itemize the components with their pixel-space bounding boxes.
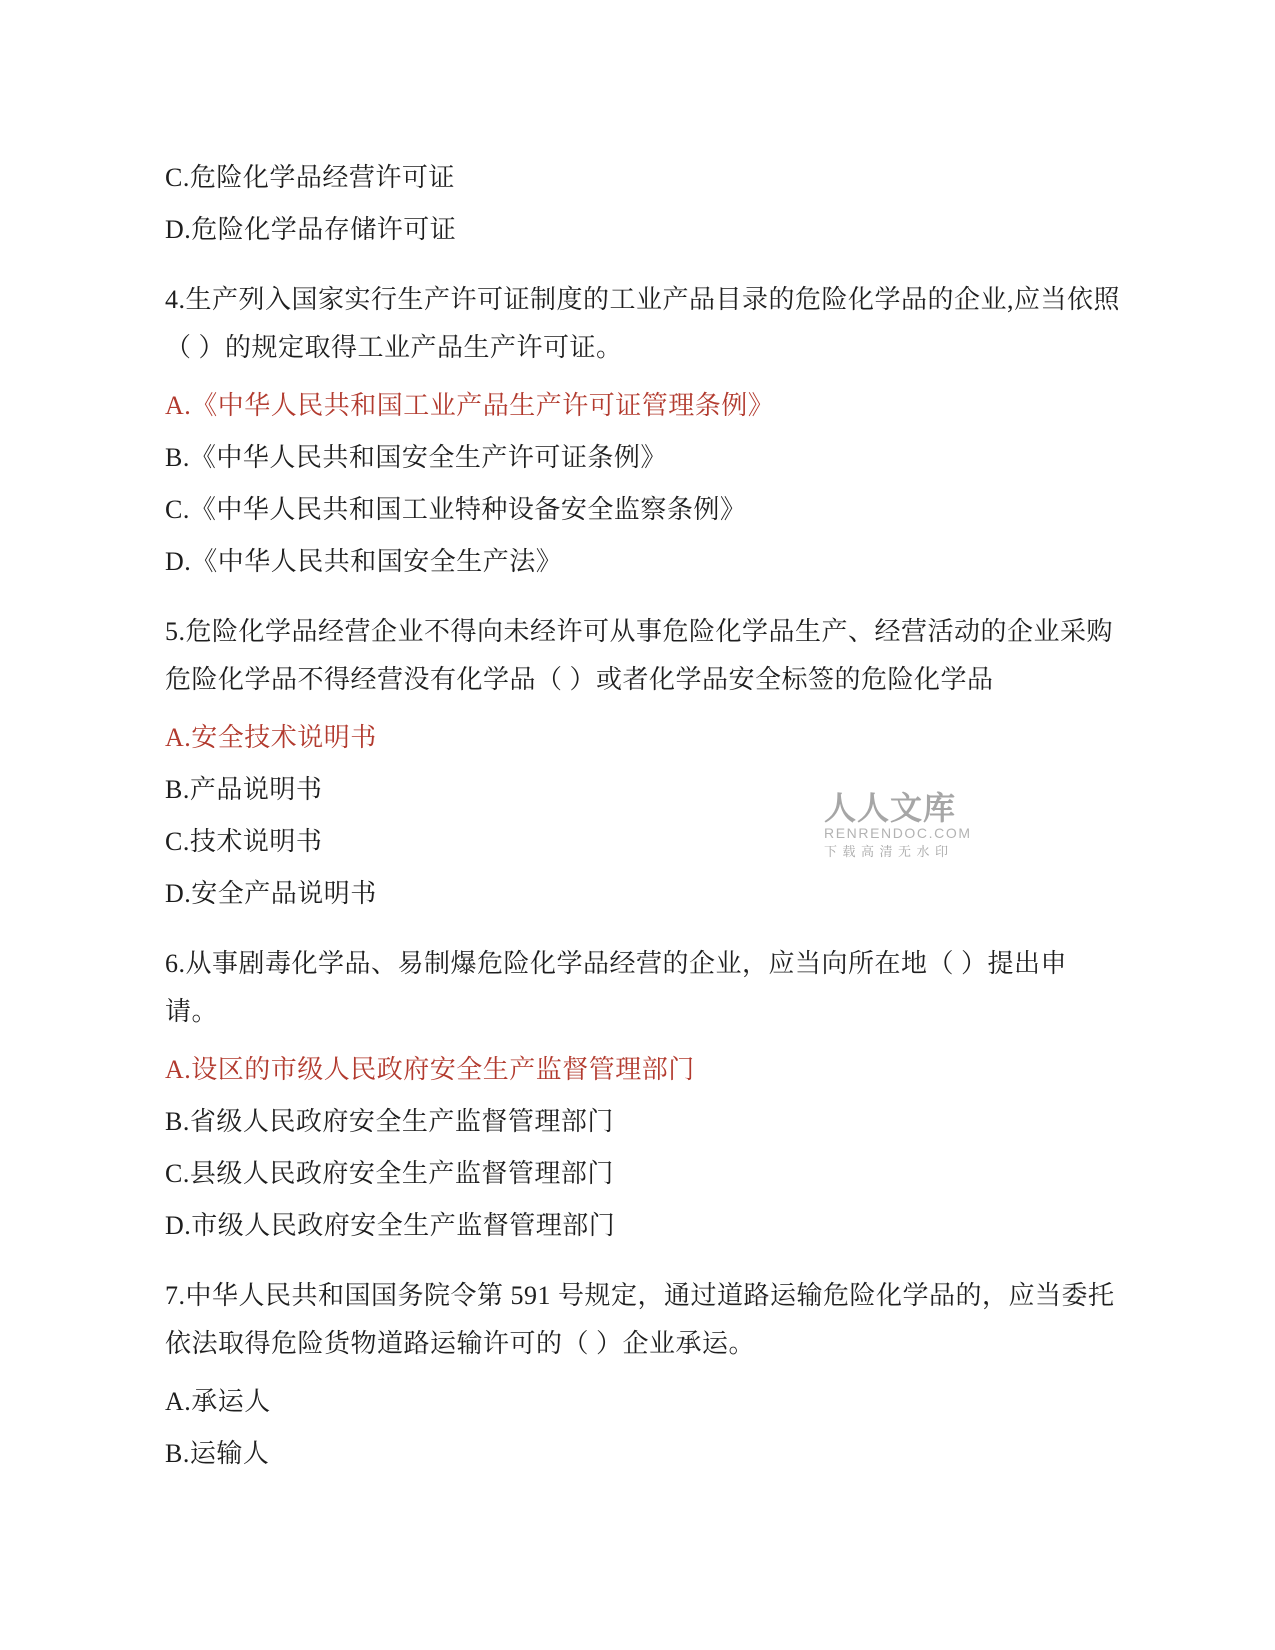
question-4-option-d: D.《中华人民共和国安全生产法》: [165, 549, 1165, 575]
question-4-stem-line-1: 4.生产列入国家实行生产许可证制度的工业产品目录的危险化学品的企业,应当依照: [165, 287, 1165, 313]
question-6-option-c: C.县级人民政府安全生产监督管理部门: [165, 1161, 1165, 1187]
question-7-stem-line-2: 依法取得危险货物道路运输许可的（ ）企业承运。: [165, 1331, 1165, 1357]
document-page: C.危险化学品经营许可证 D.危险化学品存储许可证 4.生产列入国家实行生产许可…: [0, 0, 1275, 1650]
question-4-option-a-answer: A.《中华人民共和国工业产品生产许可证管理条例》: [165, 393, 1165, 419]
watermark-domain: RENRENDOC.COM: [824, 827, 972, 840]
question-6-option-a-answer: A.设区的市级人民政府安全生产监督管理部门: [165, 1057, 1165, 1083]
question-5-stem-line-1: 5.危险化学品经营企业不得向未经许可从事危险化学品生产、经营活动的企业采购: [165, 619, 1165, 645]
question-7-stem-line-1: 7.中华人民共和国国务院令第 591 号规定，通过道路运输危险化学品的，应当委托: [165, 1283, 1165, 1309]
watermark-logo-text: 人人文库: [824, 793, 972, 823]
question-4-option-c: C.《中华人民共和国工业特种设备安全监察条例》: [165, 497, 1165, 523]
question-6-stem-line-2: 请。: [165, 999, 1165, 1025]
question-6-option-d: D.市级人民政府安全生产监督管理部门: [165, 1213, 1165, 1239]
question-5-option-a-answer: A.安全技术说明书: [165, 725, 1165, 751]
question-6-option-b: B.省级人民政府安全生产监督管理部门: [165, 1109, 1165, 1135]
question-3-option-d: D.危险化学品存储许可证: [165, 217, 1165, 243]
question-5-option-b: B.产品说明书: [165, 777, 1165, 803]
question-7-option-a: A.承运人: [165, 1389, 1165, 1415]
question-4-option-b: B.《中华人民共和国安全生产许可证条例》: [165, 445, 1165, 471]
question-4-stem-line-2: （ ）的规定取得工业产品生产许可证。: [165, 335, 1165, 361]
question-3-option-c: C.危险化学品经营许可证: [165, 165, 1165, 191]
exam-content: C.危险化学品经营许可证 D.危险化学品存储许可证 4.生产列入国家实行生产许可…: [165, 0, 1165, 1467]
watermark-tagline: 下载高清无水印: [824, 845, 972, 858]
question-5-option-c: C.技术说明书: [165, 829, 1165, 855]
question-6-stem-line-1: 6.从事剧毒化学品、易制爆危险化学品经营的企业，应当向所在地（ ）提出申: [165, 951, 1165, 977]
watermark: 人人文库 RENRENDOC.COM 下载高清无水印: [824, 793, 972, 858]
question-5-stem-line-2: 危险化学品不得经营没有化学品（ ）或者化学品安全标签的危险化学品: [165, 667, 1165, 693]
question-7-option-b: B.运输人: [165, 1441, 1165, 1467]
question-5-option-d: D.安全产品说明书: [165, 881, 1165, 907]
